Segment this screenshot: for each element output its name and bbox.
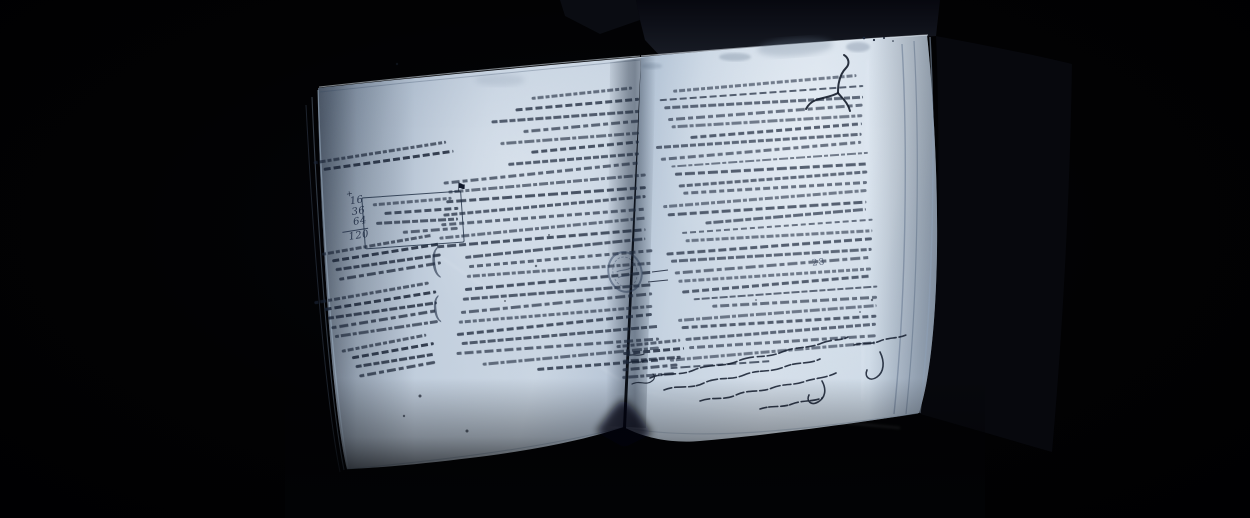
handwriting-line [439, 216, 645, 239]
gutter-note-block [619, 338, 700, 385]
handwriting-line [523, 119, 639, 132]
handwriting-line [457, 313, 652, 336]
folio-marginal-mark: 28 [812, 257, 826, 268]
handwriting-line [373, 197, 452, 206]
handwriting-line [459, 304, 653, 323]
handwriting-line [515, 98, 639, 112]
handwriting-line [437, 229, 645, 249]
handwriting-line [670, 341, 875, 361]
handwriting-line [622, 372, 674, 379]
handwriting-line [403, 227, 458, 234]
handwriting-line [531, 87, 632, 100]
manuscript-photo: + 16 36 64 120 ⚑ ( ( 28 [0, 0, 1250, 518]
handwriting-line [623, 347, 684, 355]
flag-mark-icon: ⚑ [456, 180, 467, 194]
text-layer: + 16 36 64 120 ⚑ ( ( 28 [0, 0, 1250, 518]
handwriting-line [623, 356, 681, 363]
boxed-note-text [369, 197, 458, 243]
handwriting-line [331, 310, 437, 330]
handwriting-line [384, 207, 458, 215]
handwriting-line [532, 141, 639, 154]
handwriting-line [376, 218, 458, 225]
handwriting-line [328, 301, 437, 319]
handwriting-line [622, 363, 677, 371]
handwriting-line [324, 291, 436, 311]
handwriting-line [673, 74, 857, 92]
boxed-marginal-note: ⚑ [361, 191, 464, 250]
handwriting-line [656, 133, 861, 149]
handwriting-line [443, 162, 638, 185]
